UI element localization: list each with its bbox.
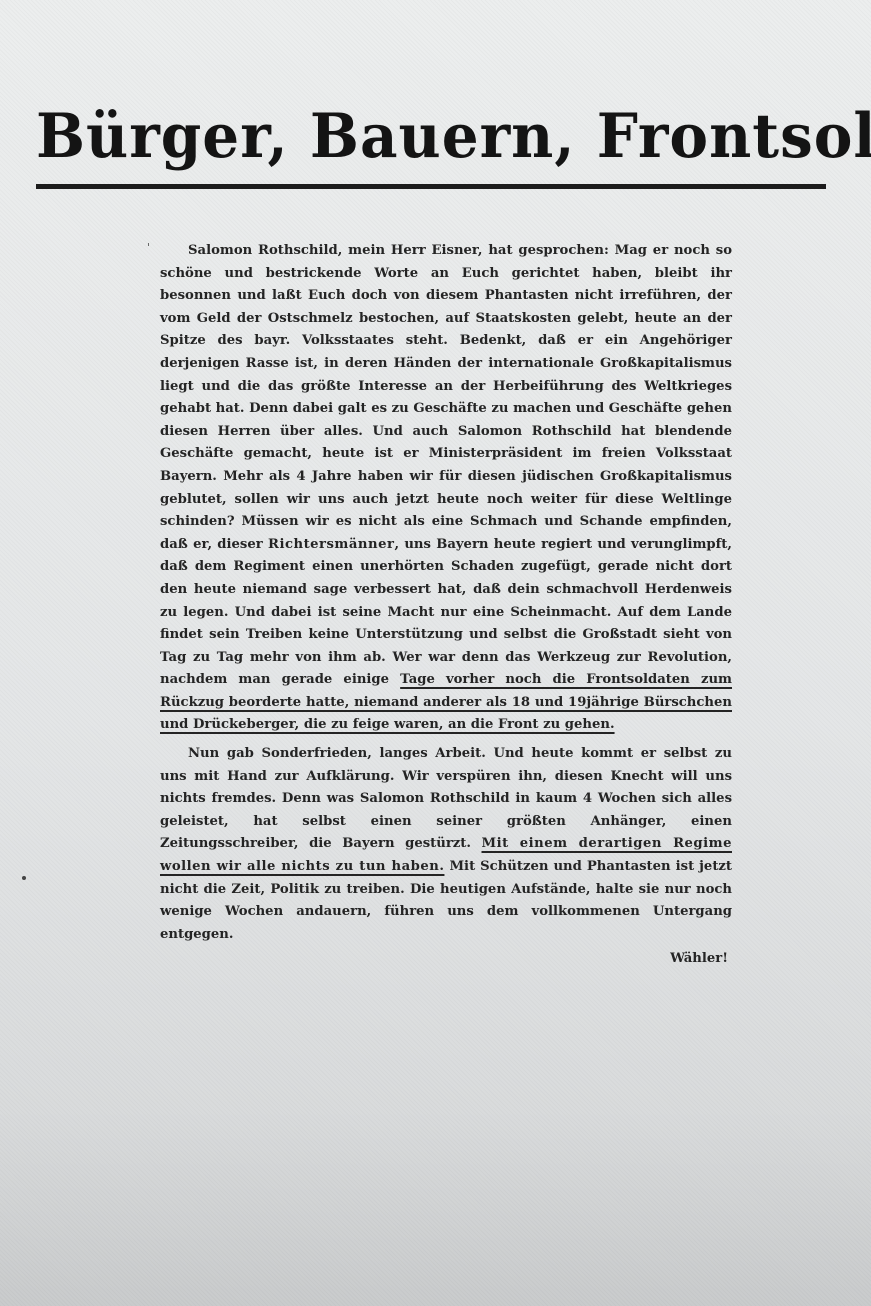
paragraph-1-text-a: Salomon Rothschild, mein Herr Eisner, ha… (160, 243, 732, 552)
emphasized-word: Richtersmänner (268, 537, 394, 552)
paragraph-1: Salomon Rothschild, mein Herr Eisner, ha… (160, 240, 732, 737)
leaflet-title: Bürger, Bauern, Frontsoldaten! (36, 94, 828, 178)
leaflet-body: Salomon Rothschild, mein Herr Eisner, ha… (160, 240, 732, 971)
paper-speck (22, 876, 26, 880)
paragraph-2: Nun gab Sonderfrieden, langes Arbeit. Un… (160, 743, 732, 946)
paragraph-1-text-b: , uns Bayern heute regiert und verunglim… (160, 537, 732, 688)
title-underline-rule (36, 184, 826, 189)
closing-signature: Wähler! (160, 948, 732, 971)
margin-mark: ' (147, 241, 150, 254)
